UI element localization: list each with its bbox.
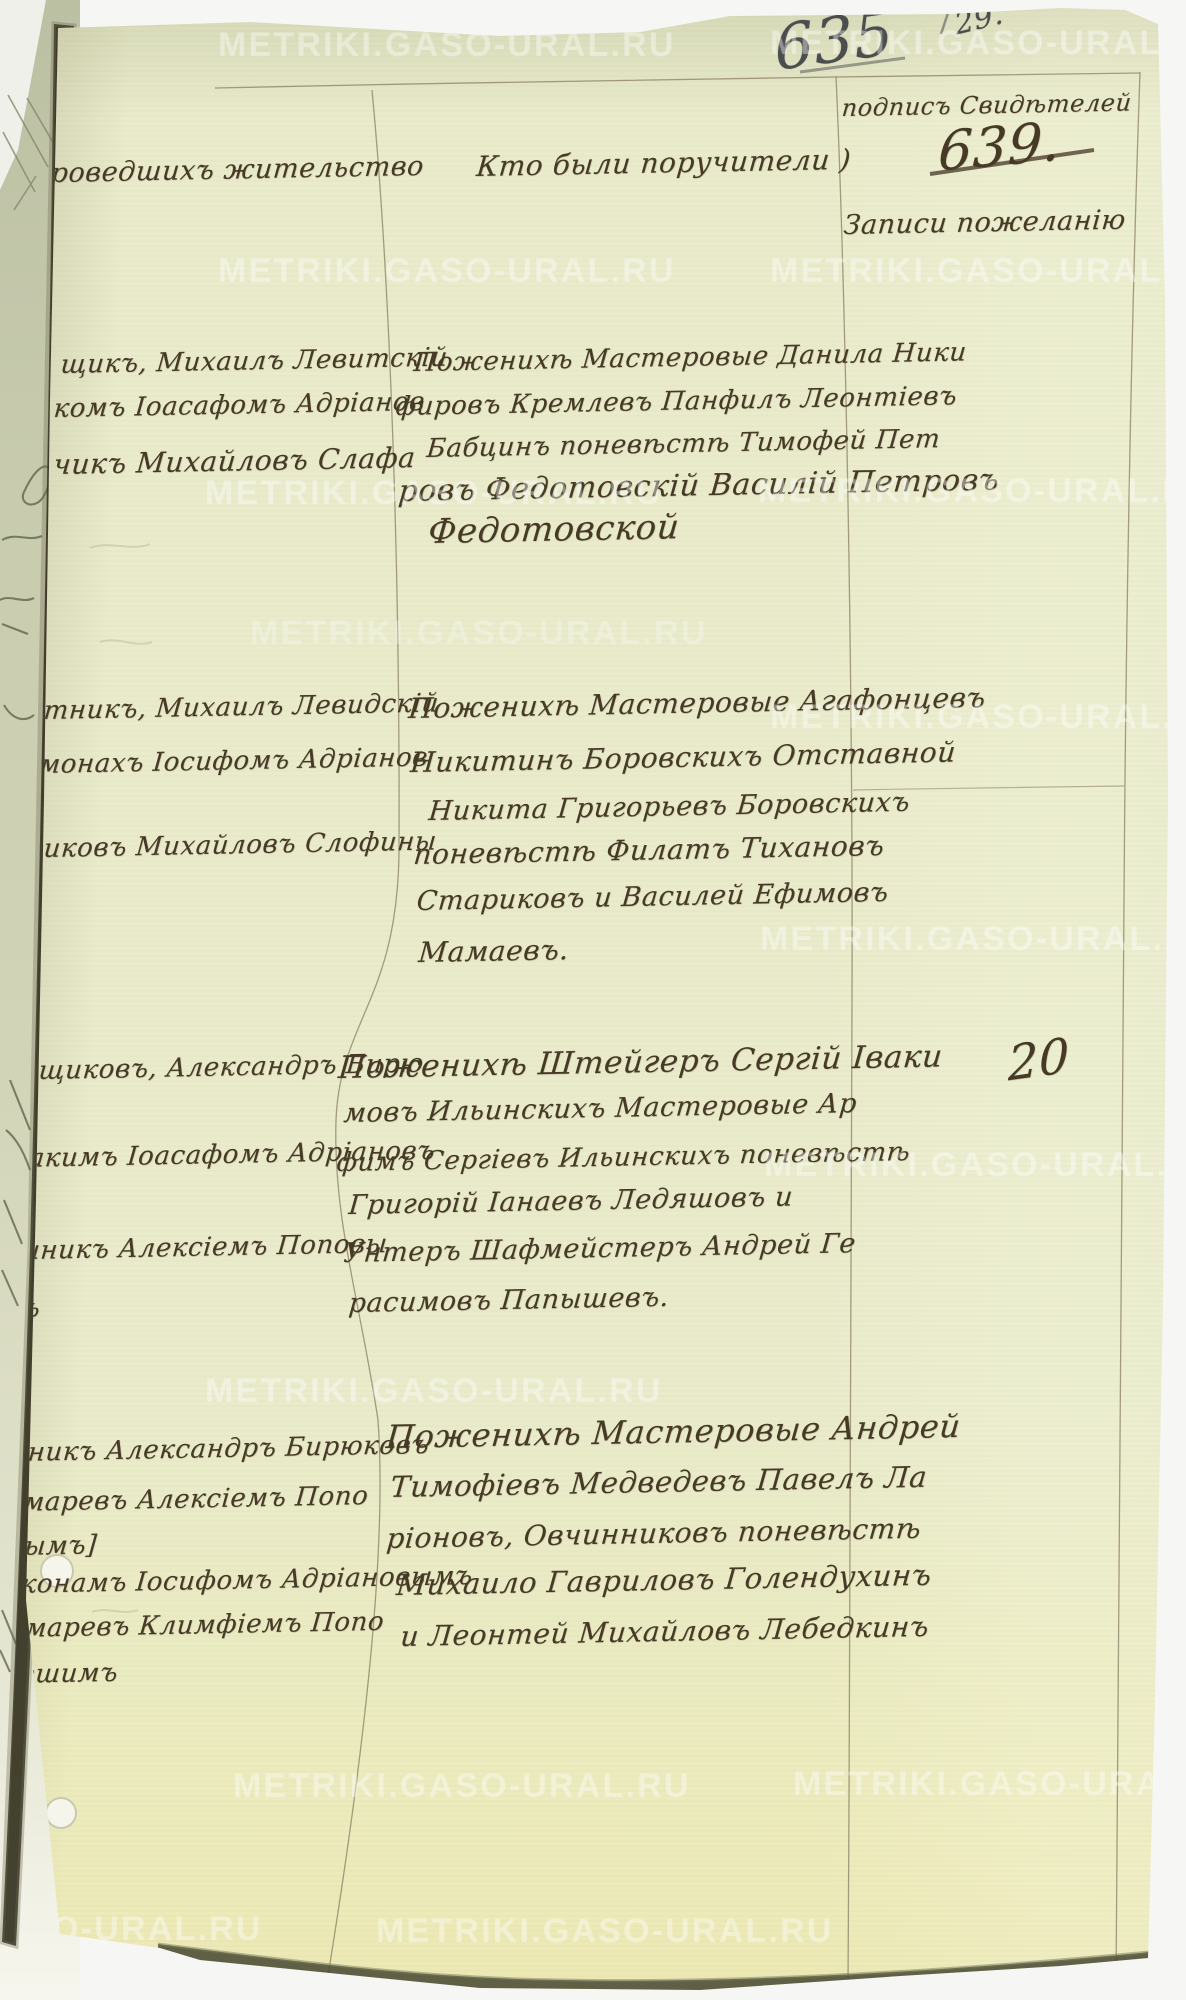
column-header-witness-signature-2: Записи пожеланію [842,205,1127,241]
table-grid-lines [0,0,1186,2000]
header-rule [215,73,1140,88]
record-number-margin: 20 [1008,1027,1070,1092]
record-3-col2-line-6: расимовъ Папышевъ. [347,1282,670,1319]
document-scan: роведшихъ жительство Кто были поручители… [0,0,1186,2000]
record-number-crossed: 639. [937,109,1063,183]
record-1-col2-line-5: Федотовской [427,507,682,552]
scanner-white-corner [0,0,46,190]
right-table-rule [1116,72,1140,1985]
record-1-col1-line-3: чикъ Михайловъ Слафа [52,441,417,481]
punch-hole [46,1798,76,1828]
record-2-col2-line-6: Мамаевъ. [417,933,570,969]
document-paper: роведшихъ жительство Кто были поручители… [0,0,1186,2000]
